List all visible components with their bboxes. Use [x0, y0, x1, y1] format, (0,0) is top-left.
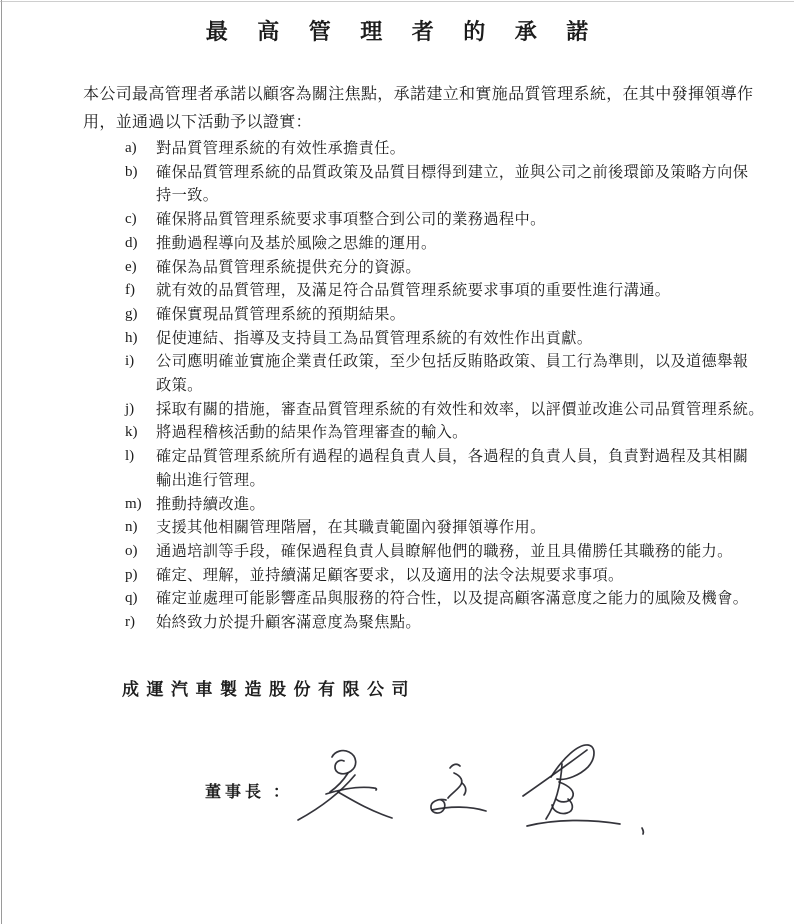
- scan-edge-left: [1, 0, 2, 924]
- list-item: n)支援其他相關管理階層，在其職責範圍內發揮領導作用。: [125, 516, 794, 540]
- item-line: 確定品質管理系統所有過程的過程負責人員，各過程的負責人員，負責對過程及其相關: [156, 445, 748, 469]
- item-text: 對品質管理系統的有效性承擔責任。: [156, 137, 405, 161]
- item-label: p): [125, 564, 156, 588]
- item-label: q): [125, 587, 156, 611]
- item-label: i): [125, 350, 156, 397]
- item-label: c): [125, 208, 156, 232]
- item-line: 推動持續改進。: [156, 493, 265, 517]
- commitment-list: a)對品質管理系統的有效性承擔責任。b)確保品質管理系統的品質政策及品質目標得到…: [125, 137, 794, 635]
- item-text: 確保為品質管理系統提供充分的資源。: [156, 256, 421, 280]
- item-line: 確保品質管理系統的品質政策及品質目標得到建立，並與公司之前後環節及策略方向保: [156, 161, 748, 185]
- list-item: b)確保品質管理系統的品質政策及品質目標得到建立，並與公司之前後環節及策略方向保…: [125, 161, 794, 208]
- document-page: 最 高 管 理 者 的 承 諾 本公司最高管理者承諾以顧客為關注焦點，承諾建立和…: [0, 0, 794, 924]
- item-text: 始終致力於提升顧客滿意度為聚焦點。: [156, 611, 421, 635]
- item-line: 就有效的品質管理，及滿足符合品質管理系統要求事項的重要性進行溝通。: [156, 279, 670, 303]
- item-text: 確定品質管理系統所有過程的過程負責人員，各過程的負責人員，負責對過程及其相關輸出…: [156, 445, 748, 492]
- list-item: r)始終致力於提升顧客滿意度為聚焦點。: [125, 611, 794, 635]
- item-label: m): [125, 493, 156, 517]
- item-text: 通過培訓等手段，確保過程負責人員瞭解他們的職務，並且具備勝任其職務的能力。: [156, 540, 733, 564]
- list-item: f)就有效的品質管理，及滿足符合品質管理系統要求事項的重要性進行溝通。: [125, 279, 794, 303]
- item-line: 始終致力於提升顧客滿意度為聚焦點。: [156, 611, 421, 635]
- item-label: l): [125, 445, 156, 492]
- item-line: 確定、理解，並持續滿足顧客要求，以及適用的法令法規要求事項。: [156, 564, 624, 588]
- item-text: 確保將品質管理系統要求事項整合到公司的業務過程中。: [156, 208, 546, 232]
- item-line: 確保為品質管理系統提供充分的資源。: [156, 256, 421, 280]
- list-item: p)確定、理解，並持續滿足顧客要求，以及適用的法令法規要求事項。: [125, 564, 794, 588]
- item-line: 確定並處理可能影響產品與服務的符合性，以及提高顧客滿意度之能力的風險及機會。: [156, 587, 748, 611]
- list-item: k)將過程稽核活動的結果作為管理審查的輸入。: [125, 421, 794, 445]
- signature-handwriting: [280, 720, 660, 870]
- item-text: 確保實現品質管理系統的預期結果。: [156, 303, 405, 327]
- item-label: j): [125, 398, 156, 422]
- item-line: 支援其他相關管理階層，在其職責範圍內發揮領導作用。: [156, 516, 546, 540]
- list-item: g)確保實現品質管理系統的預期結果。: [125, 303, 794, 327]
- item-label: d): [125, 232, 156, 256]
- item-label: n): [125, 516, 156, 540]
- item-text: 確定、理解，並持續滿足顧客要求，以及適用的法令法規要求事項。: [156, 564, 624, 588]
- item-text: 推動過程導向及基於風險之思維的運用。: [156, 232, 437, 256]
- item-text: 就有效的品質管理，及滿足符合品質管理系統要求事項的重要性進行溝通。: [156, 279, 670, 303]
- item-text: 確保品質管理系統的品質政策及品質目標得到建立，並與公司之前後環節及策略方向保持一…: [156, 161, 748, 208]
- page-title: 最 高 管 理 者 的 承 諾: [0, 0, 794, 45]
- item-text: 推動持續改進。: [156, 493, 265, 517]
- item-text: 確定並處理可能影響產品與服務的符合性，以及提高顧客滿意度之能力的風險及機會。: [156, 587, 748, 611]
- list-item: i)公司應明確並實施企業責任政策，至少包括反賄賂政策、員工行為準則，以及道德舉報…: [125, 350, 794, 397]
- item-line: 確保將品質管理系統要求事項整合到公司的業務過程中。: [156, 208, 546, 232]
- item-line: 促使連結、指導及支持員工為品質管理系統的有效性作出貢獻。: [156, 327, 592, 351]
- scan-edge-top: [0, 1, 794, 2]
- item-label: b): [125, 161, 156, 208]
- item-label: r): [125, 611, 156, 635]
- item-line: 採取有關的措施，審查品質管理系統的有效性和效率，以評價並改進公司品質管理系統。: [156, 398, 764, 422]
- list-item: l)確定品質管理系統所有過程的過程負責人員，各過程的負責人員，負責對過程及其相關…: [125, 445, 794, 492]
- item-label: h): [125, 327, 156, 351]
- item-line: 將過程稽核活動的結果作為管理審查的輸入。: [156, 421, 468, 445]
- item-line: 推動過程導向及基於風險之思維的運用。: [156, 232, 437, 256]
- item-label: a): [125, 137, 156, 161]
- list-item: o)通過培訓等手段，確保過程負責人員瞭解他們的職務，並且具備勝任其職務的能力。: [125, 540, 794, 564]
- list-item: c)確保將品質管理系統要求事項整合到公司的業務過程中。: [125, 208, 794, 232]
- item-text: 支援其他相關管理階層，在其職責範圍內發揮領導作用。: [156, 516, 546, 540]
- list-item: j)採取有關的措施，審查品質管理系統的有效性和效率，以評價並改進公司品質管理系統…: [125, 398, 794, 422]
- list-item: h)促使連結、指導及支持員工為品質管理系統的有效性作出貢獻。: [125, 327, 794, 351]
- item-label: g): [125, 303, 156, 327]
- list-item: m)推動持續改進。: [125, 493, 794, 517]
- item-text: 採取有關的措施，審查品質管理系統的有效性和效率，以評價並改進公司品質管理系統。: [156, 398, 764, 422]
- item-line: 持一致。: [156, 184, 748, 208]
- company-name: 成運汽車製造股份有限公司: [122, 678, 794, 702]
- item-text: 將過程稽核活動的結果作為管理審查的輸入。: [156, 421, 468, 445]
- item-line: 通過培訓等手段，確保過程負責人員瞭解他們的職務，並且具備勝任其職務的能力。: [156, 540, 733, 564]
- intro-line: 用，並通過以下活動予以證實：: [83, 109, 794, 137]
- item-line: 對品質管理系統的有效性承擔責任。: [156, 137, 405, 161]
- list-item: d)推動過程導向及基於風險之思維的運用。: [125, 232, 794, 256]
- item-text: 促使連結、指導及支持員工為品質管理系統的有效性作出貢獻。: [156, 327, 592, 351]
- intro-line: 本公司最高管理者承諾以顧客為關注焦點，承諾建立和實施品質管理系統，在其中發揮領導…: [83, 81, 794, 109]
- item-text: 公司應明確並實施企業責任政策，至少包括反賄賂政策、員工行為準則，以及道德舉報政策…: [156, 350, 748, 397]
- list-item: e)確保為品質管理系統提供充分的資源。: [125, 256, 794, 280]
- intro-paragraph: 本公司最高管理者承諾以顧客為關注焦點，承諾建立和實施品質管理系統，在其中發揮領導…: [83, 81, 794, 137]
- list-item: a)對品質管理系統的有效性承擔責任。: [125, 137, 794, 161]
- item-label: e): [125, 256, 156, 280]
- item-line: 公司應明確並實施企業責任政策，至少包括反賄賂政策、員工行為準則，以及道德舉報: [156, 350, 748, 374]
- item-label: f): [125, 279, 156, 303]
- list-item: q)確定並處理可能影響產品與服務的符合性，以及提高顧客滿意度之能力的風險及機會。: [125, 587, 794, 611]
- item-label: k): [125, 421, 156, 445]
- item-line: 輸出進行管理。: [156, 469, 748, 493]
- item-line: 確保實現品質管理系統的預期結果。: [156, 303, 405, 327]
- item-label: o): [125, 540, 156, 564]
- item-line: 政策。: [156, 374, 748, 398]
